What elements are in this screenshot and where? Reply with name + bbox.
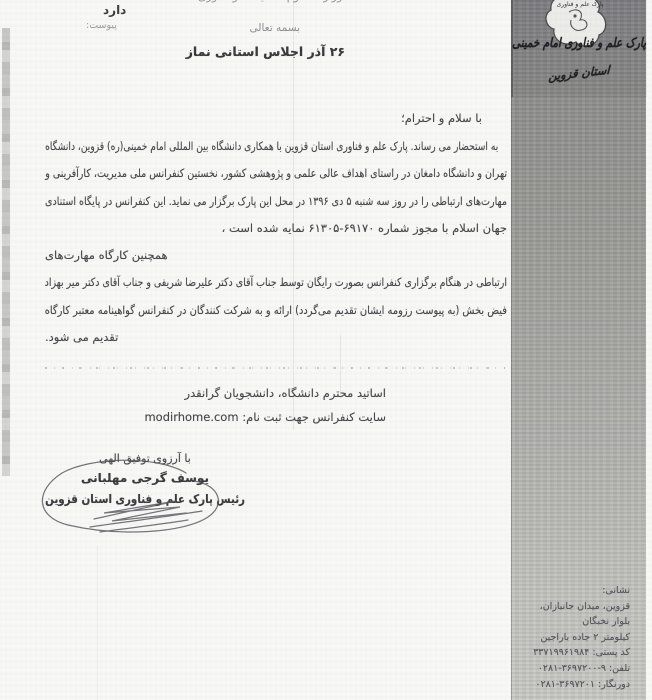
salutation: با سلام و احترام؛ xyxy=(401,111,482,125)
phone-line: تلفن: ۹-۳۶۹۷۲۰۰-۰۲۸۱ xyxy=(495,661,630,677)
paper-crease xyxy=(97,545,98,700)
scan-edge-strip xyxy=(2,28,10,476)
handwritten-signature xyxy=(28,459,240,545)
addressee-line: اساتید محترم دانشگاه، دانشجویان گرانقدر xyxy=(185,386,386,400)
fax-line: دورنگار: ۳۶۹۷۲۰۱-۰۲۸۱ xyxy=(495,677,630,693)
body-line: تقدیم می شود. xyxy=(45,324,507,351)
emblem-caption: پارک علم و فناوری xyxy=(513,1,647,8)
address-line: کیلومتر ۲ جاده باراجین xyxy=(495,630,630,646)
address-line: بلوار نخبگان xyxy=(495,614,630,630)
dotted-separator xyxy=(45,367,505,369)
body-line: به استحضار می رساند. پارک علم و فناوری ا… xyxy=(140,133,507,160)
body-line: مهارت‌های ارتباطی را در روز سه شنبه ۵ دی… xyxy=(124,188,507,215)
postal-code-line: کد پستی: ۳۳۷۱۹۹۶۱۹۸۴ xyxy=(495,645,630,661)
attachment-label: پیوست: xyxy=(86,20,117,31)
body-line: فیض بخش (به پیوست رزومه ایشان تقدیم می‌گ… xyxy=(111,297,507,324)
address-label: نشانی: xyxy=(495,583,630,599)
besmele-line: بسمه تعالی xyxy=(250,22,300,34)
address-line: قزوین، میدان جانبازان، xyxy=(495,599,630,615)
ministry-header-clipped: وزارت علوم، تحقیقات و فناوری xyxy=(198,0,342,3)
body-line: ارتباطی در هنگام برگزاری کنفرانس بصورت ر… xyxy=(128,269,507,296)
subject-line: ۲۶ آذر اجلاس استانی نماز xyxy=(186,44,345,59)
attachment-value: دارد xyxy=(103,3,126,17)
registration-site-line: سایت کنفرانس جهت ثبت نام: modirhome.com xyxy=(144,410,386,424)
body-line: همچنین کارگاه مهارت‌های xyxy=(45,242,507,269)
org-name-calligraphy: پارک علم و فناوری امام خمینی xyxy=(540,36,646,51)
letter-body: به استحضار می رساند. پارک علم و فناوری ا… xyxy=(45,133,507,351)
body-line: جهان اسلام با مجوز شماره ۶۹۱۷۰-۶۱۳۰۵ نما… xyxy=(45,215,507,242)
footer-address-block: نشانی: قزوین، میدان جانبازان، بلوار نخبگ… xyxy=(495,583,630,692)
scanned-letter-page: پارک علم و فناوری پارک علم و فناوری امام… xyxy=(0,0,652,700)
body-line: تهران و دانشگاه دامغان در راستای اهداف ع… xyxy=(124,160,507,187)
